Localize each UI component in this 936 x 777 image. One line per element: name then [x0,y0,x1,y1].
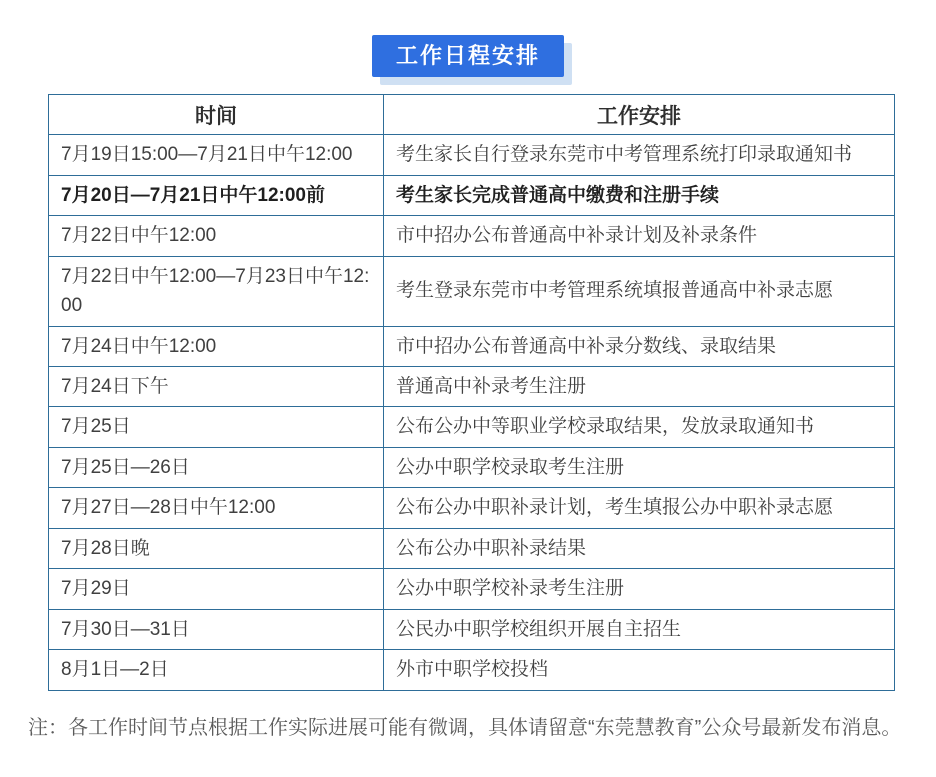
task-cell: 考生家长自行登录东莞市中考管理系统打印录取通知书 [384,135,895,175]
table-row: 7月28日晚 公布公办中职补录结果 [49,528,895,568]
task-cell: 市中招办公布普通高中补录分数线、录取结果 [384,326,895,366]
table-row: 7月20日—7月21日中午12:00前 考生家长完成普通高中缴费和注册手续 [49,175,895,215]
task-cell: 普通高中补录考生注册 [384,367,895,407]
time-cell: 7月22日中午12:00—7月23日中午12:00 [49,256,384,326]
table-row: 8月1日—2日 外市中职学校投档 [49,650,895,690]
table-row: 7月27日—28日中午12:00 公布公办中职补录计划，考生填报公办中职补录志愿 [49,488,895,528]
task-cell: 公布公办中职补录计划，考生填报公办中职补录志愿 [384,488,895,528]
task-cell: 公布公办中等职业学校录取结果，发放录取通知书 [384,407,895,447]
time-cell: 7月24日中午12:00 [49,326,384,366]
time-cell: 8月1日—2日 [49,650,384,690]
time-cell: 7月20日—7月21日中午12:00前 [49,175,384,215]
task-cell: 公布公办中职补录结果 [384,528,895,568]
task-cell: 外市中职学校投档 [384,650,895,690]
time-cell: 7月30日—31日 [49,609,384,649]
table-header-time: 时间 [49,95,384,135]
table-row: 7月25日 公布公办中等职业学校录取结果，发放录取通知书 [49,407,895,447]
time-cell: 7月25日—26日 [49,447,384,487]
footnote: 注：各工作时间节点根据工作实际进展可能有微调，具体请留意“东莞慧教育”公众号最新… [28,711,916,745]
time-cell: 7月19日15:00—7月21日中午12:00 [49,135,384,175]
page-title-badge: 工作日程安排 [372,35,564,77]
task-cell: 考生家长完成普通高中缴费和注册手续 [384,175,895,215]
time-cell: 7月28日晚 [49,528,384,568]
table-row: 7月22日中午12:00 市中招办公布普通高中补录计划及补录条件 [49,216,895,256]
task-cell: 公民办中职学校组织开展自主招生 [384,609,895,649]
table-row: 7月29日 公办中职学校补录考生注册 [49,569,895,609]
table-row: 7月30日—31日 公民办中职学校组织开展自主招生 [49,609,895,649]
time-cell: 7月27日—28日中午12:00 [49,488,384,528]
time-cell: 7月25日 [49,407,384,447]
task-cell: 考生登录东莞市中考管理系统填报普通高中补录志愿 [384,256,895,326]
table-row: 7月25日—26日 公办中职学校录取考生注册 [49,447,895,487]
time-cell: 7月24日下午 [49,367,384,407]
table-row: 7月19日15:00—7月21日中午12:00 考生家长自行登录东莞市中考管理系… [49,135,895,175]
task-cell: 公办中职学校录取考生注册 [384,447,895,487]
task-cell: 市中招办公布普通高中补录计划及补录条件 [384,216,895,256]
table-row: 7月24日下午 普通高中补录考生注册 [49,367,895,407]
schedule-table: 时间 工作安排 7月19日15:00—7月21日中午12:00 考生家长自行登录… [48,94,895,690]
table-row: 7月22日中午12:00—7月23日中午12:00 考生登录东莞市中考管理系统填… [49,256,895,326]
table-header-row: 时间 工作安排 [49,95,895,135]
time-cell: 7月22日中午12:00 [49,216,384,256]
table-row: 7月24日中午12:00 市中招办公布普通高中补录分数线、录取结果 [49,326,895,366]
task-cell: 公办中职学校补录考生注册 [384,569,895,609]
title-badge-container: 工作日程安排 [0,0,936,77]
time-cell: 7月29日 [49,569,384,609]
table-header-task: 工作安排 [384,95,895,135]
document-page: 工作日程安排 时间 工作安排 7月19日15:00—7月21日中午12:00 考… [0,0,936,777]
